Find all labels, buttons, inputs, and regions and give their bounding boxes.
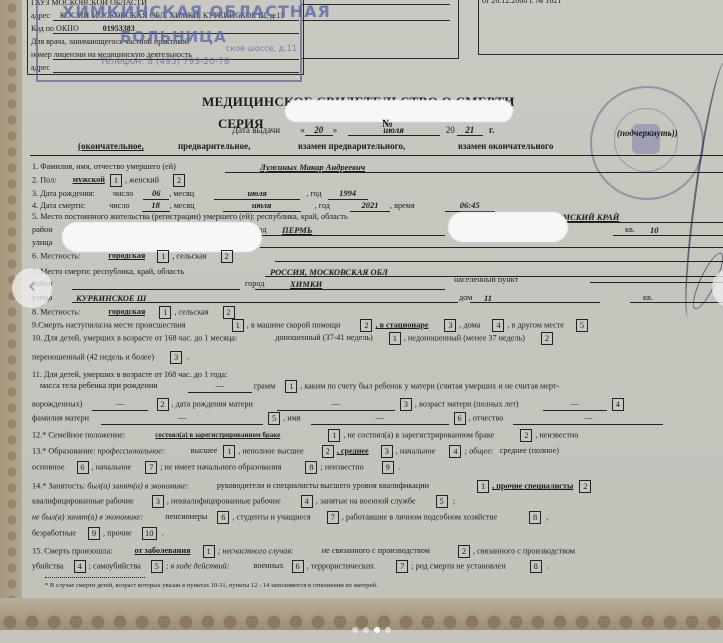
carousel-dot[interactable] [352,627,358,633]
death-time: 06:45 [445,199,495,212]
type-instead-preliminary: взамен предварительного, [298,141,405,151]
death-year: 2021 [350,199,390,212]
issue-date: Дата выдачи «20» июля 2021 г. [232,125,494,136]
residence-street-line: улица [32,237,52,249]
issue-year: 21 [457,125,483,136]
carousel-pagination [352,627,391,633]
issue-month: июля [348,125,440,136]
stamp-line1: ХИМКИНСКАЯ ОБЛАСТНАЯ [62,2,331,21]
redaction-series-number [285,100,513,122]
redaction-residence-street [448,212,568,242]
stamp-phone: Телефон: 8 (495) 793-20-78 [100,57,230,67]
field-newborn: 10. Для детей, умерших в возрасте от 168… [32,332,556,345]
employment-other-specialists: , прочие специалисты [492,481,573,490]
death-location-hospital: , в стационаре [375,320,428,329]
field-education: 13.* Образование: профессиональное: высш… [32,445,559,458]
field-death-place: 7. Место смерти: республика, край, облас… [32,266,184,278]
redaction-residence-district [62,222,262,252]
death-cause-line-2: убийства 4; самоубийства 5; в ходе дейст… [32,560,549,573]
education-secondary: , среднее [337,446,369,455]
locality-urban: городская [108,251,145,260]
chevron-left-icon: ‹ [28,274,37,299]
employment-line-2: квалифицированные рабочие 3, неквалифици… [32,495,455,508]
field-employment: 14.* Занятость: был(а) занят(а) в эконом… [32,480,594,493]
license-reference: от 26.12.2008 г. № 1621 [482,0,561,5]
residence-district-line: район город ПЕРМЬ кв. 10 [32,224,53,236]
decorative-border-bottom [0,598,723,630]
locality2-urban: городская [108,307,145,316]
issue-day: 20 [305,125,333,136]
infant-weight-line: масса тела ребенка при рождении — грамм … [32,380,559,393]
field-locality: 6. Местность: городская 1, сельская 2 [32,250,236,263]
infant-mother-name-line: фамилия матери — 5, имя — 6, отчество — [32,412,663,425]
marital-married: состоял(а) в зарегистрированном браке [155,431,280,439]
infant-stillborn-line: ворожденных) — 2, дата рождения матери —… [32,398,627,411]
field-full-name: 1. Фамилия, имя, отчество умершего (ей) … [32,161,176,173]
carousel-prev-button[interactable]: ‹ [12,268,52,308]
death-cause-disease: от заболевания [134,546,190,555]
field-marital-status: 12.* Семейное положение: состоял(а) в за… [32,429,578,442]
stamp-address: ское шоссе, д.11 [226,44,297,53]
education-line-2: основное 6, начальное 7; не имеет началь… [32,461,401,474]
field-death-location-type: 9.Смерть наступила:на месте происшествия… [32,319,591,332]
license-box: от 26.12.2008 г. № 1621 [478,0,723,55]
sex-male: мужской [73,175,105,184]
field-newborn-postterm: переношенный (42 недель и более) 3 . [32,351,189,364]
type-preliminary: предварительное, [178,141,250,151]
stamp-line2: БОЛЬНИЦА [120,28,227,46]
type-instead-final: взамен окончательного [458,141,553,151]
employment-line-4: безработные 9, прочие 10 . [32,527,164,540]
carousel-dot[interactable] [363,627,369,633]
employment-line-3: не был(а) занят(а) в экономике: пенсионе… [32,511,548,524]
field-locality-2: 8. Местность: городская 1, сельская 2 [32,306,238,319]
header-middle-box [302,0,459,59]
carousel-dot[interactable] [385,627,391,633]
field-death-cause-type: 15. Смерть произошла: от заболевания 1; … [32,545,575,558]
field-sex: 2. Пол: мужской 1, женский 2 [32,174,188,187]
footnote: * В случае смерти детей, возраст которых… [45,582,377,589]
official-seal [590,86,704,200]
type-final: (окончательное, [78,141,144,151]
carousel-dot[interactable] [374,627,380,633]
underline-hint: (подчеркнуть)) [617,128,678,138]
footnote-separator [45,577,145,578]
